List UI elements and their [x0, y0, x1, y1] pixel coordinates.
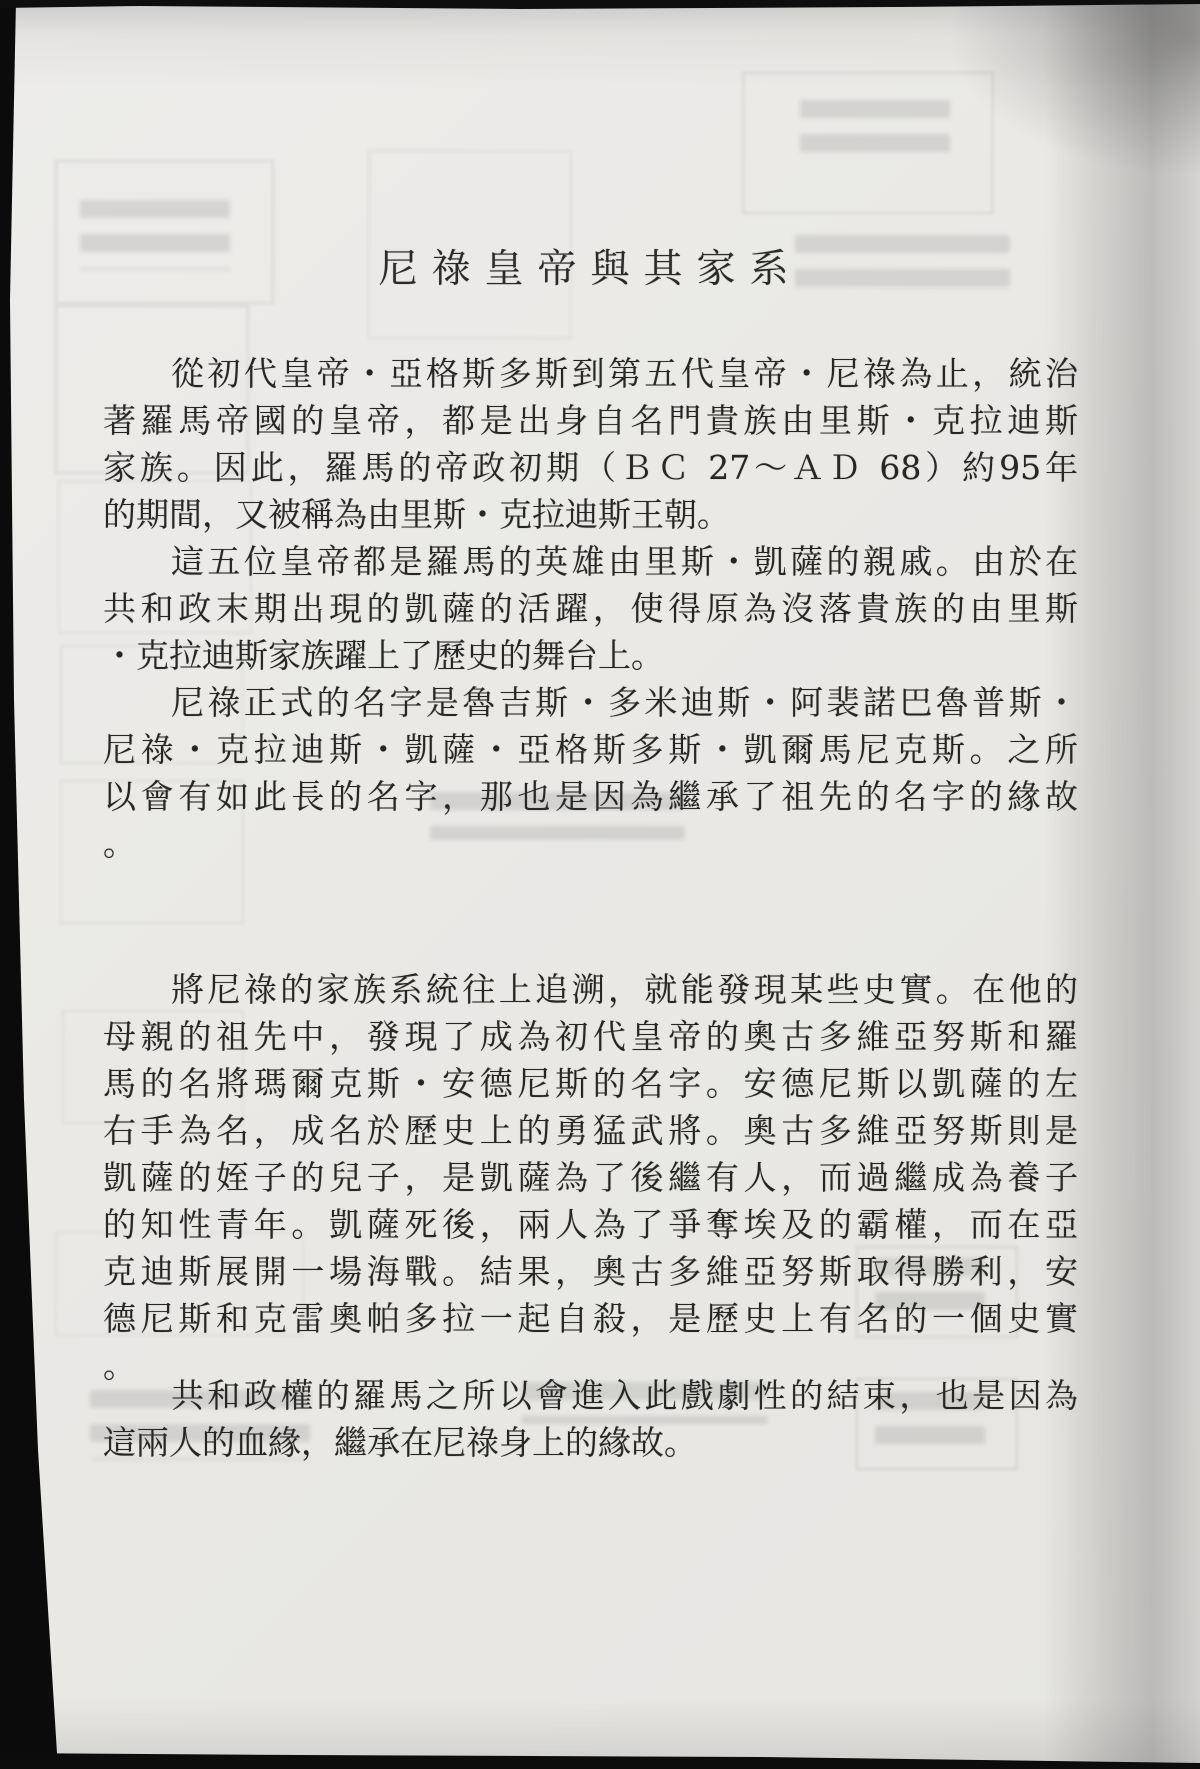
- text-line: 共和政末期出現的凱薩的活躍，使得原為沒落貴族的由里斯: [103, 585, 1078, 632]
- text-line: 馬的名將瑪爾克斯・安德尼斯的名字。安德尼斯以凱薩的左: [103, 1060, 1078, 1107]
- scan-edge-top: [0, 0, 1200, 10]
- text-line: 共和政權的羅馬之所以會進入此戲劇性的結束，也是因為: [103, 1372, 1078, 1419]
- text-line: 從初代皇帝・亞格斯多斯到第五代皇帝・尼祿為止，統治: [103, 350, 1078, 397]
- text-line: 右手為名，成名於歷史上的勇猛武將。奧古多維亞努斯則是: [103, 1107, 1078, 1154]
- text-line: 凱薩的姪子的兒子，是凱薩為了後繼有人，而過繼成為養子: [103, 1154, 1078, 1201]
- text-line: 。: [103, 820, 1078, 867]
- text-line: 將尼祿的家族系統往上追溯，就能發現某些史實。在他的: [103, 966, 1078, 1013]
- scan-edge-left: [0, 0, 70, 1769]
- text-line: 著羅馬帝國的皇帝，都是出身自名門貴族由里斯・克拉迪斯: [103, 397, 1078, 444]
- paragraph-block-3: 共和政權的羅馬之所以會進入此戲劇性的結束，也是因為這兩人的血緣，繼承在尼祿身上的…: [103, 1372, 1078, 1466]
- text-line: 克迪斯展開一場海戰。結果，奧古多維亞努斯取得勝利，安: [103, 1248, 1078, 1295]
- scanned-page: 尼祿皇帝與其家系 從初代皇帝・亞格斯多斯到第五代皇帝・尼祿為止，統治著羅馬帝國的…: [0, 0, 1200, 1769]
- paragraph-block-1: 從初代皇帝・亞格斯多斯到第五代皇帝・尼祿為止，統治著羅馬帝國的皇帝，都是出身自名…: [103, 350, 1078, 867]
- text-line: 母親的祖先中，發現了成為初代皇帝的奧古多維亞努斯和羅: [103, 1013, 1078, 1060]
- text-line: 以會有如此長的名字，那也是因為繼承了祖先的名字的緣故: [103, 773, 1078, 820]
- text-line: 這五位皇帝都是羅馬的英雄由里斯・凱薩的親戚。由於在: [103, 538, 1078, 585]
- text-line: 的期間，又被稱為由里斯・克拉迪斯王朝。: [103, 491, 1078, 538]
- ghost-print-through-text: [800, 100, 950, 160]
- text-line: 家族。因此，羅馬的帝政初期（ＢＣ 27～ＡＤ 68）約95年: [103, 444, 1078, 491]
- ghost-print-through-box: [742, 72, 994, 214]
- text-line: ・克拉迪斯家族躍上了歷史的舞台上。: [103, 632, 1078, 679]
- text-line: 德尼斯和克雷奧帕多拉一起自殺，是歷史上有名的一個史實: [103, 1295, 1078, 1342]
- text-line: 這兩人的血緣，繼承在尼祿身上的緣故。: [103, 1419, 1078, 1466]
- page-title: 尼祿皇帝與其家系: [103, 238, 1078, 294]
- paragraph-block-2: 將尼祿的家族系統往上追溯，就能發現某些史實。在他的母親的祖先中，發現了成為初代皇…: [103, 966, 1078, 1389]
- scan-edge-bottom: [0, 1753, 1200, 1769]
- text-line: 尼祿・克拉迪斯・凱薩・亞格斯多斯・凱爾馬尼克斯。之所: [103, 726, 1078, 773]
- text-line: 的知性青年。凱薩死後，兩人為了爭奪埃及的霸權，而在亞: [103, 1201, 1078, 1248]
- text-line: 尼祿正式的名字是魯吉斯・多米迪斯・阿裴諾巴魯普斯・: [103, 679, 1078, 726]
